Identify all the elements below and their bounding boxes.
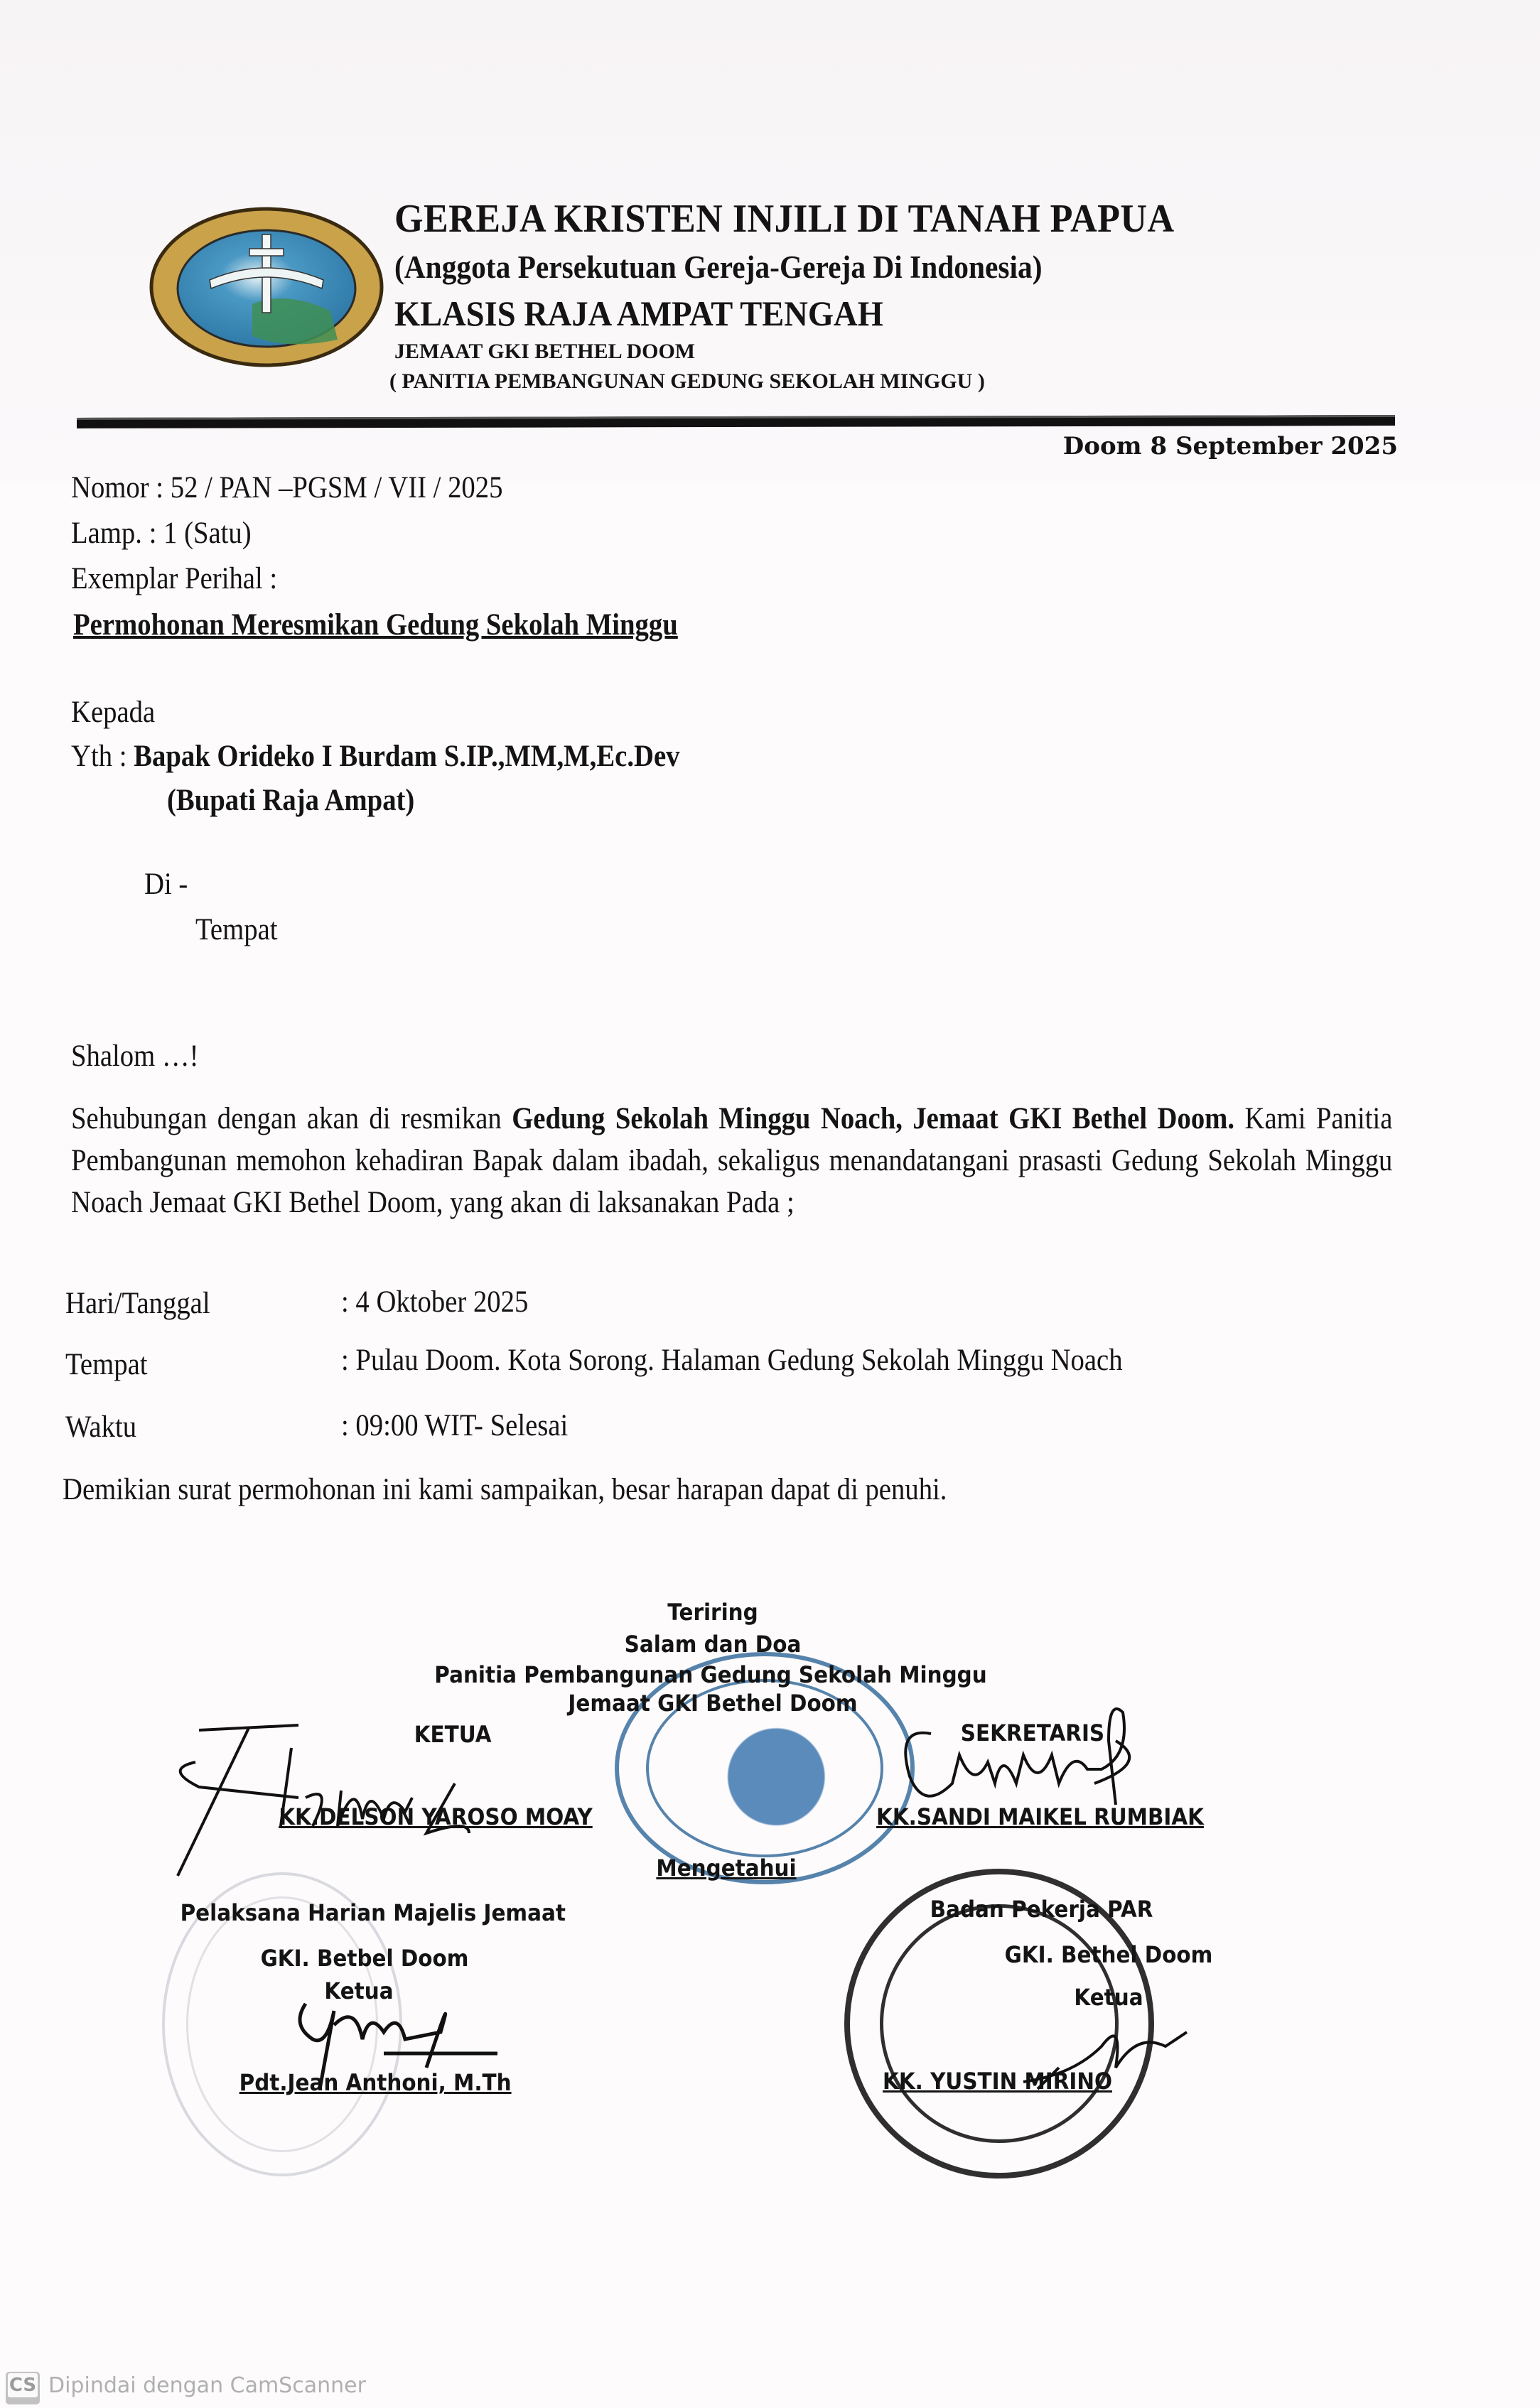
camscanner-logo-icon: CS — [6, 2372, 40, 2404]
right-signer-signature-icon — [1016, 2004, 1201, 2096]
recipient-place: Tempat — [195, 912, 277, 947]
recipient-kepada: Kepada — [71, 695, 155, 730]
ketua-signature-icon — [156, 1719, 668, 1883]
event-place-label: Tempat — [65, 1347, 147, 1382]
sign-teriring: Teriring — [667, 1599, 758, 1626]
recipient-di: Di - — [144, 867, 188, 902]
klasis-name: KLASIS RAJA AMPAT TENGAH — [394, 293, 883, 334]
body-paragraph: Sehubungan dengan akan di resmikan Gedun… — [71, 1098, 1393, 1224]
sekretaris-signature-icon — [881, 1698, 1208, 1826]
event-time-value: : 09:00 WIT- Selesai — [341, 1408, 568, 1443]
event-date-label: Hari/Tanggal — [65, 1286, 210, 1321]
closing-sentence: Demikian surat permohonan ini kami sampa… — [63, 1472, 947, 1507]
greeting: Shalom …! — [71, 1039, 199, 1074]
body-building-name: Gedung Sekolah Minggu Noach, Jemaat GKI … — [512, 1102, 1234, 1135]
attachment-count: Lamp. : 1 (Satu) — [71, 516, 252, 551]
sign-salam: Salam dan Doa — [625, 1631, 802, 1658]
letter-number: Nomor : 52 / PAN –PGSM / VII / 2025 — [71, 470, 502, 505]
sign-committee: Panitia Pembangunan Gedung Sekolah Mingg… — [434, 1661, 986, 1688]
right-org-line1: Badan Pekerja PAR — [930, 1896, 1153, 1923]
committee-name: ( PANITIA PEMBANGUNAN GEDUNG SEKOLAH MIN… — [389, 369, 985, 394]
left-org-line1: Pelaksana Harian Majelis Jemaat — [181, 1899, 566, 1926]
recipient-title: (Bupati Raja Ampat) — [167, 783, 414, 818]
jemaat-name: JEMAAT GKI BETHEL DOOM — [394, 340, 695, 364]
mengetahui-label: Mengetahui — [656, 1854, 796, 1881]
left-signer-signature-icon — [284, 1982, 519, 2096]
event-place-value: : Pulau Doom. Kota Sorong. Halaman Gedun… — [341, 1343, 1123, 1378]
recipient-name: Bapak Orideko I Burdam S.IP.,MM,M,Ec.Dev — [134, 740, 679, 773]
scanner-watermark: Dipindai dengan CamScanner — [48, 2373, 366, 2398]
subject: Permohonan Meresmikan Gedung Sekolah Min… — [73, 608, 678, 642]
event-time-label: Waktu — [65, 1410, 136, 1445]
sign-jemaat: Jemaat GKI Bethel Doom — [568, 1690, 857, 1717]
org-name: GEREJA KRISTEN INJILI DI TANAH PAPUA — [394, 196, 1175, 242]
recipient-line: Yth : Bapak Orideko I Burdam S.IP.,MM,M,… — [71, 739, 679, 774]
letter-date: Doom 8 September 2025 — [1063, 432, 1398, 460]
event-date-value: : 4 Oktober 2025 — [341, 1285, 528, 1319]
left-org-line2: GKI. Betbel Doom — [261, 1945, 469, 1972]
body-text-1: Sehubungan dengan akan di resmikan — [71, 1102, 512, 1135]
org-membership: (Anggota Persekutuan Gereja-Gereja Di In… — [394, 249, 1042, 286]
subject-label: Exemplar Perihal : — [71, 561, 277, 596]
church-seal-logo-icon — [146, 205, 387, 369]
recipient-yth: Yth : — [71, 740, 134, 773]
right-org-line2: GKI. Bethel Doom — [1005, 1941, 1213, 1968]
